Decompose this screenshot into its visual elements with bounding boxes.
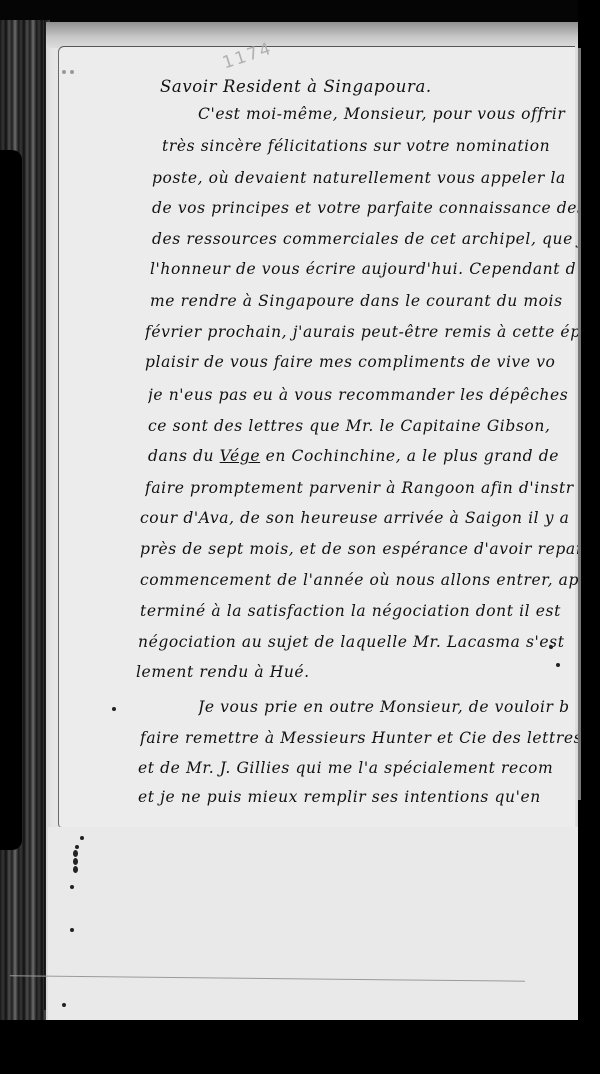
- scanned-manuscript: 1174 Savoir Resident à Singapoura. C'est…: [0, 0, 600, 1074]
- letter-line: près de sept mois, et de son espérance d…: [140, 538, 578, 562]
- ink-speck: [549, 645, 553, 649]
- letter-line: cour d'Ava, de son heureuse arrivée à Sa…: [140, 507, 578, 531]
- letter-line: des ressources commerciales de cet archi…: [152, 228, 578, 252]
- letter-line: négociation au sujet de laquelle Mr. Lac…: [138, 631, 578, 655]
- letter-line: plaisir de vous faire mes compliments de…: [145, 351, 578, 375]
- ink-speck: [70, 885, 74, 889]
- letter-line: commencement de l'année où nous allons e…: [140, 569, 578, 593]
- ink-speck: [73, 850, 78, 857]
- ink-speck: [73, 858, 78, 865]
- letter-line: très sincère félicitations sur votre nom…: [162, 135, 578, 159]
- letter-line: ce sont des lettres que Mr. le Capitaine…: [148, 415, 578, 439]
- ink-speck: [80, 836, 84, 840]
- underlined-word: Vége: [220, 447, 260, 465]
- ink-speck: [62, 70, 66, 74]
- letter-line: de vos principes et votre parfaite conna…: [152, 197, 578, 221]
- letter-line: et je ne puis mieux remplir ses intentio…: [138, 786, 578, 810]
- letter-line: me rendre à Singapoure dans le courant d…: [150, 290, 578, 314]
- letter-line: février prochain, j'aurais peut-être rem…: [145, 321, 578, 345]
- letter-line: l'honneur de vous écrire aujourd'hui. Ce…: [150, 258, 578, 282]
- ink-speck: [556, 663, 560, 667]
- letter-line: terminé à la satisfaction la négociation…: [140, 600, 578, 624]
- ink-speck: [62, 1003, 66, 1007]
- ink-speck: [75, 845, 79, 849]
- letter-heading: Savoir Resident à Singapoura.: [160, 76, 460, 100]
- letter-line: et de Mr. J. Gillies qui me l'a spéciale…: [138, 757, 578, 781]
- letter-line: C'est moi-même, Monsieur, pour vous offr…: [198, 103, 578, 127]
- ink-speck: [73, 866, 78, 873]
- letter-body: Savoir Resident à Singapoura. C'est moi-…: [0, 0, 600, 1074]
- letter-line: faire promptement parvenir à Rangoon afi…: [145, 477, 578, 501]
- letter-line: faire remettre à Messieurs Hunter et Cie…: [140, 727, 578, 751]
- letter-line-underlined: dans du Vége en Cochinchine, a le plus g…: [148, 445, 578, 469]
- letter-line: lement rendu à Hué.: [136, 661, 436, 685]
- ink-speck: [112, 707, 116, 711]
- letter-line: Je vous prie en outre Monsieur, de voulo…: [198, 696, 578, 720]
- letter-line: je n'eus pas eu à vous recommander les d…: [148, 384, 578, 408]
- letter-line: poste, où devaient naturellement vous ap…: [152, 167, 578, 191]
- ink-speck: [70, 928, 74, 932]
- ink-speck: [70, 70, 74, 74]
